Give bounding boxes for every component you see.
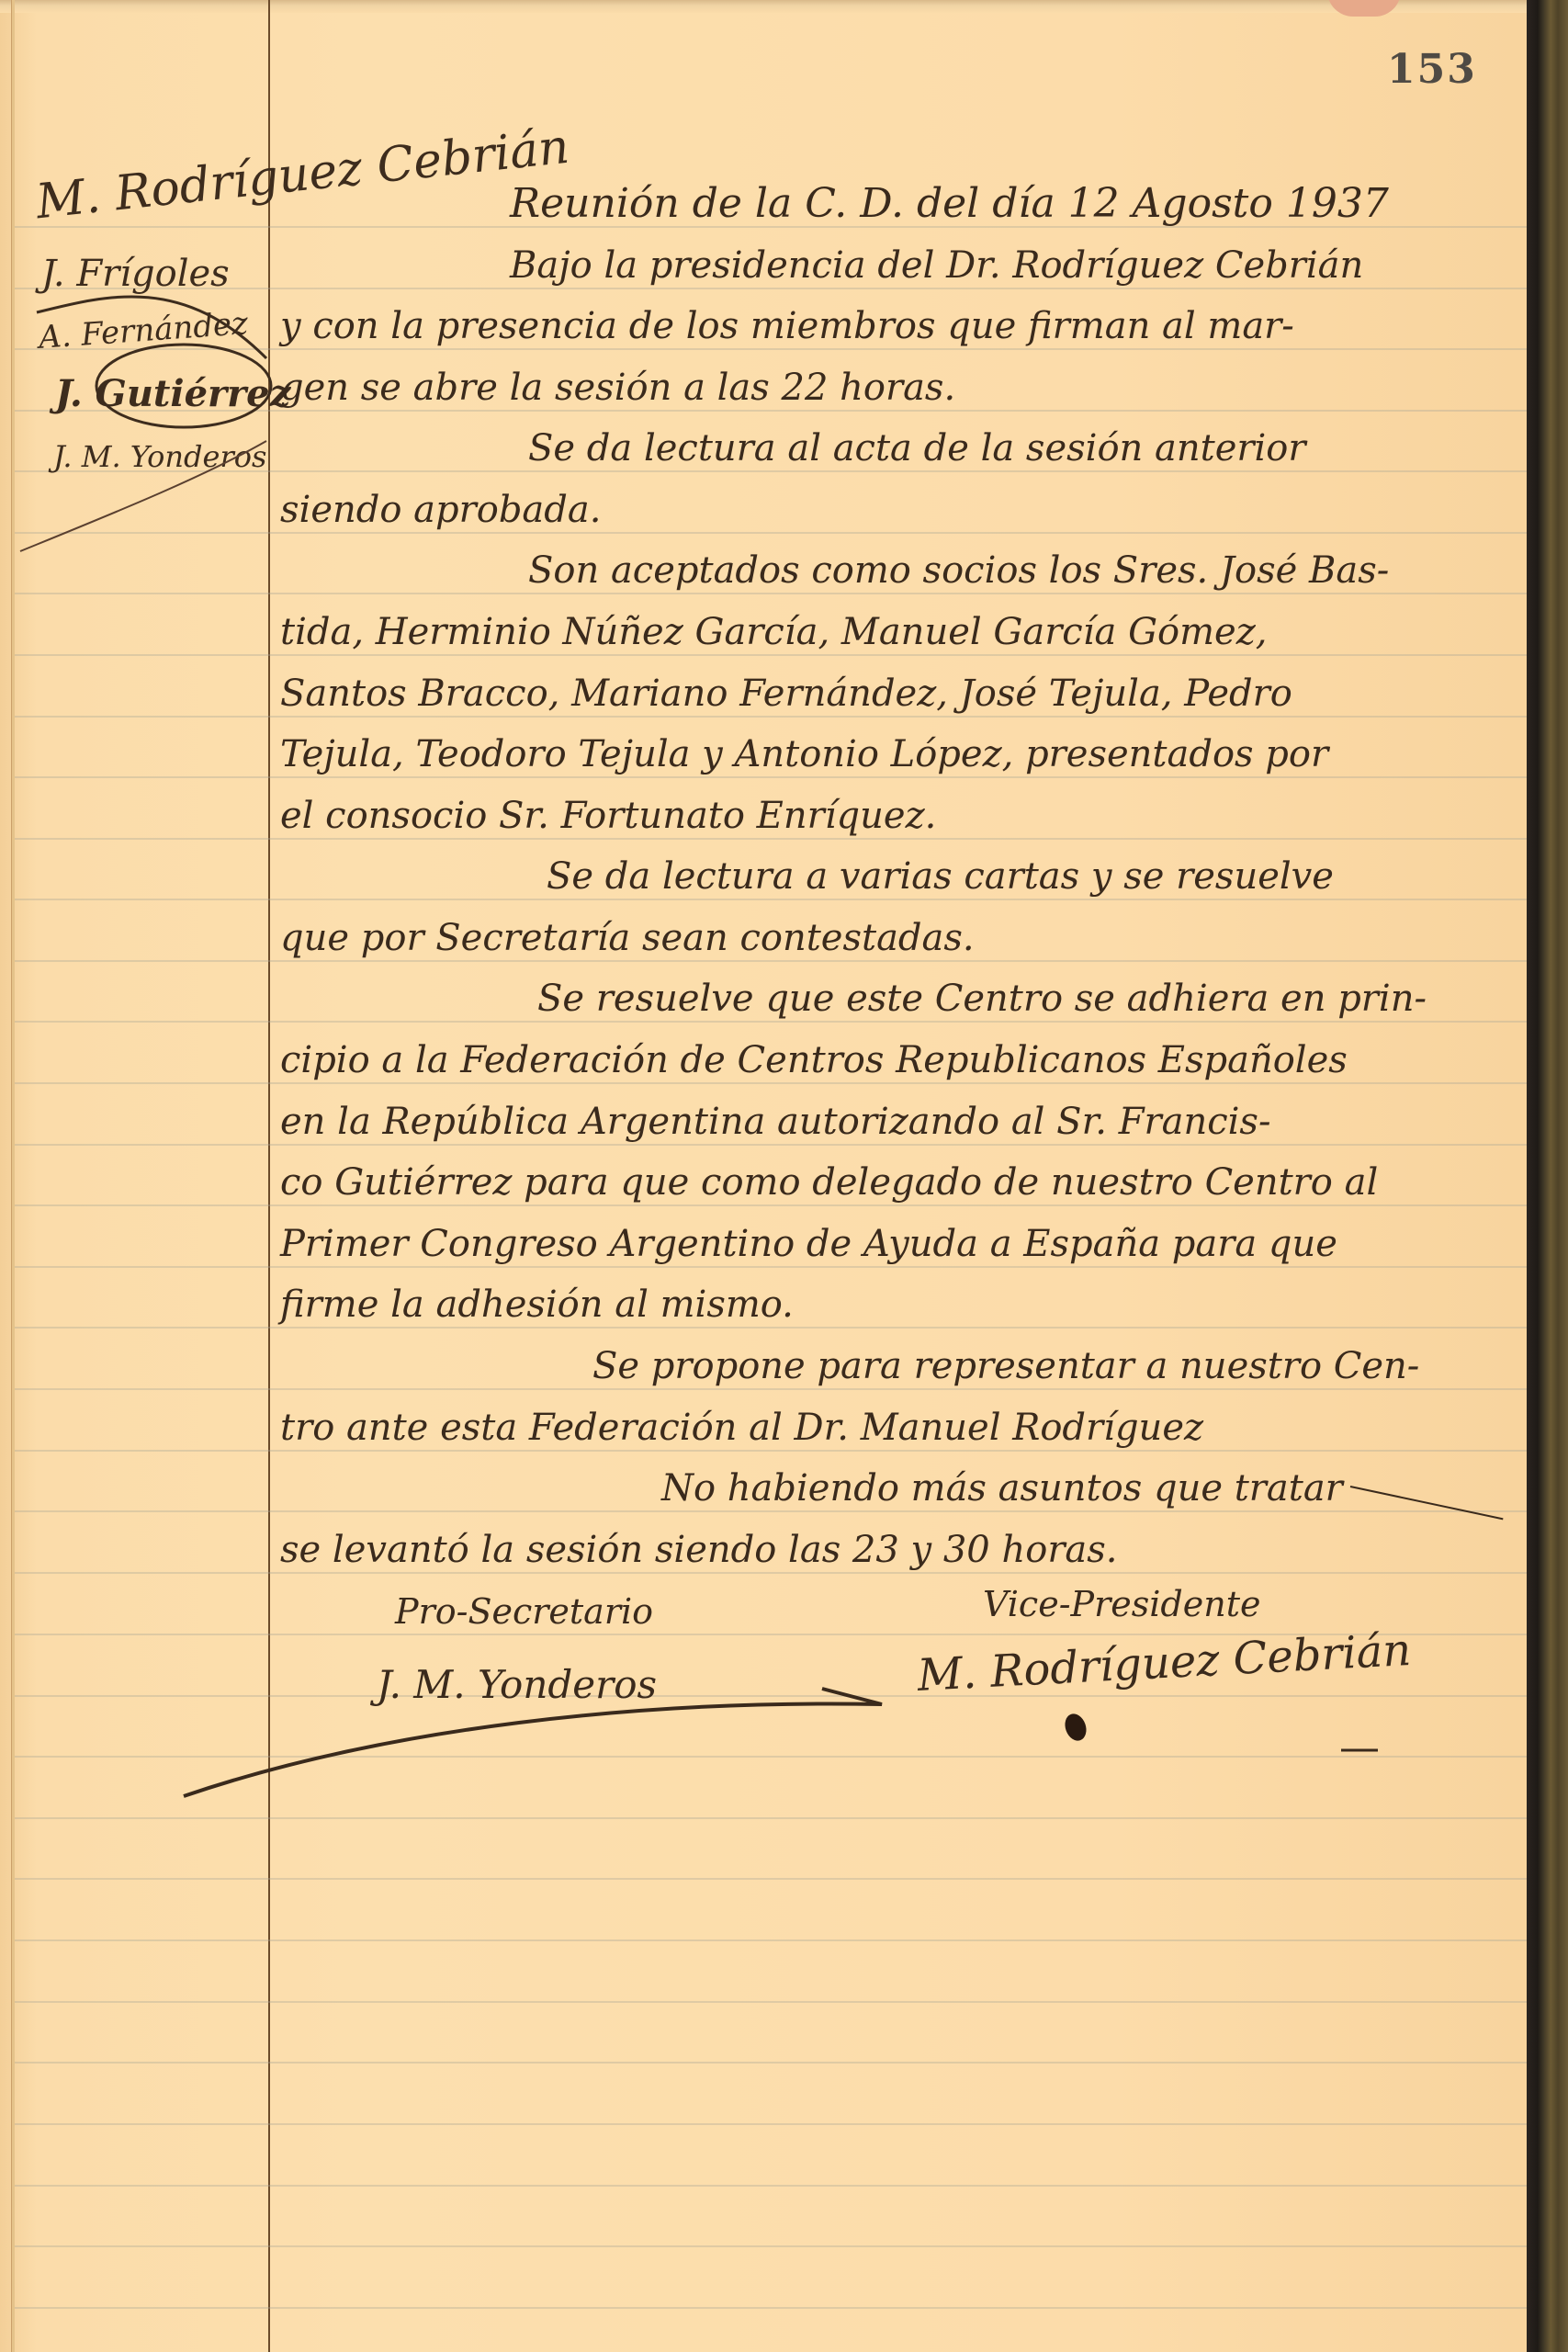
minutes-line: tida, Herminio Núñez García, Manuel Garc… — [280, 610, 1268, 654]
minutes-line: siendo aprobada. — [280, 488, 601, 532]
ruled-line — [15, 960, 1527, 962]
minutes-title: Reunión de la C. D. del día 12 Agosto 19… — [510, 182, 1389, 226]
pro-secretario-signature: J. M. Yonderos — [377, 1663, 657, 1707]
ruled-line — [15, 348, 1527, 350]
minutes-line: co Gutiérrez para que como delegado de n… — [280, 1160, 1378, 1204]
minutes-line: Se resuelve que este Centro se adhiera e… — [537, 977, 1427, 1021]
ruled-line — [15, 1878, 1527, 1880]
ruled-line — [15, 2185, 1527, 2187]
ruled-line — [15, 776, 1527, 778]
minutes-line: cipio a la Federación de Centros Republi… — [280, 1038, 1348, 1082]
ruled-line — [15, 2123, 1527, 2125]
book-binding — [1527, 0, 1568, 2352]
ruled-line — [15, 1450, 1527, 1452]
ruled-line — [15, 1388, 1527, 1390]
minutes-line: Se da lectura a varias cartas y se resue… — [547, 854, 1334, 899]
ruled-line — [15, 1327, 1527, 1329]
ruled-line — [15, 1817, 1527, 1819]
ruled-line — [15, 532, 1527, 534]
ruled-line — [15, 2062, 1527, 2064]
ruled-line — [15, 838, 1527, 840]
ruled-line — [15, 2307, 1527, 2309]
ruled-line — [15, 654, 1527, 656]
margin-rule — [268, 0, 270, 2352]
ruled-line — [15, 899, 1527, 900]
minutes-line: Bajo la presidencia del Dr. Rodríguez Ce… — [510, 243, 1363, 288]
ruled-line — [15, 1572, 1527, 1574]
ruled-line — [15, 1144, 1527, 1146]
minutes-line: Tejula, Teodoro Tejula y Antonio López, … — [280, 732, 1328, 776]
ruled-line — [15, 288, 1527, 289]
ruled-line — [15, 1204, 1527, 1206]
minutes-line: que por Secretaría sean contestadas. — [280, 916, 975, 960]
ruled-line — [15, 716, 1527, 718]
ruled-line — [15, 1510, 1527, 1512]
minutes-line: se levantó la sesión siendo las 23 y 30 … — [280, 1528, 1118, 1572]
ruled-line — [15, 1939, 1527, 1941]
ruled-line — [15, 1695, 1527, 1697]
ruled-line — [15, 1082, 1527, 1084]
ruled-line — [15, 1021, 1527, 1023]
left-fold-line — [11, 0, 15, 2352]
minutes-line: y con la presencia de los miembros que f… — [280, 304, 1294, 348]
minutes-line: Se propone para representar a nuestro Ce… — [592, 1344, 1419, 1388]
minutes-line: tro ante esta Federación al Dr. Manuel R… — [280, 1406, 1203, 1450]
minutes-line: Santos Bracco, Mariano Fernández, José T… — [280, 672, 1292, 716]
minutes-line: Se da lectura al acta de la sesión anter… — [528, 426, 1305, 470]
ruled-line — [15, 593, 1527, 594]
minutes-line: Son aceptados como socios los Sres. José… — [528, 548, 1389, 593]
margin-signature: J. Gutiérrez — [55, 372, 290, 415]
minutes-line: el consocio Sr. Fortunato Enríquez. — [280, 794, 936, 838]
margin-signature: J. M. Yonderos — [53, 439, 266, 474]
vice-presidente-label: Vice-Presidente — [983, 1582, 1260, 1626]
minutes-line: No habiendo más asuntos que tratar — [661, 1466, 1343, 1510]
minutes-line: gen se abre la sesión a las 22 horas. — [280, 366, 955, 410]
page-top-edge — [0, 0, 1527, 13]
ruled-line — [15, 1756, 1527, 1758]
minutes-line: Primer Congreso Argentino de Ayuda a Esp… — [280, 1222, 1337, 1266]
page-number: 153 — [1387, 46, 1477, 93]
minutes-line: en la República Argentina autorizando al… — [280, 1100, 1270, 1144]
pro-secretario-label: Pro-Secretario — [395, 1589, 653, 1634]
minutes-line: firme la adhesión al mismo. — [280, 1283, 794, 1327]
ruled-line — [15, 2245, 1527, 2247]
ruled-line — [15, 1266, 1527, 1268]
ruled-line — [15, 2001, 1527, 2003]
margin-signature: J. Frígoles — [41, 253, 230, 295]
